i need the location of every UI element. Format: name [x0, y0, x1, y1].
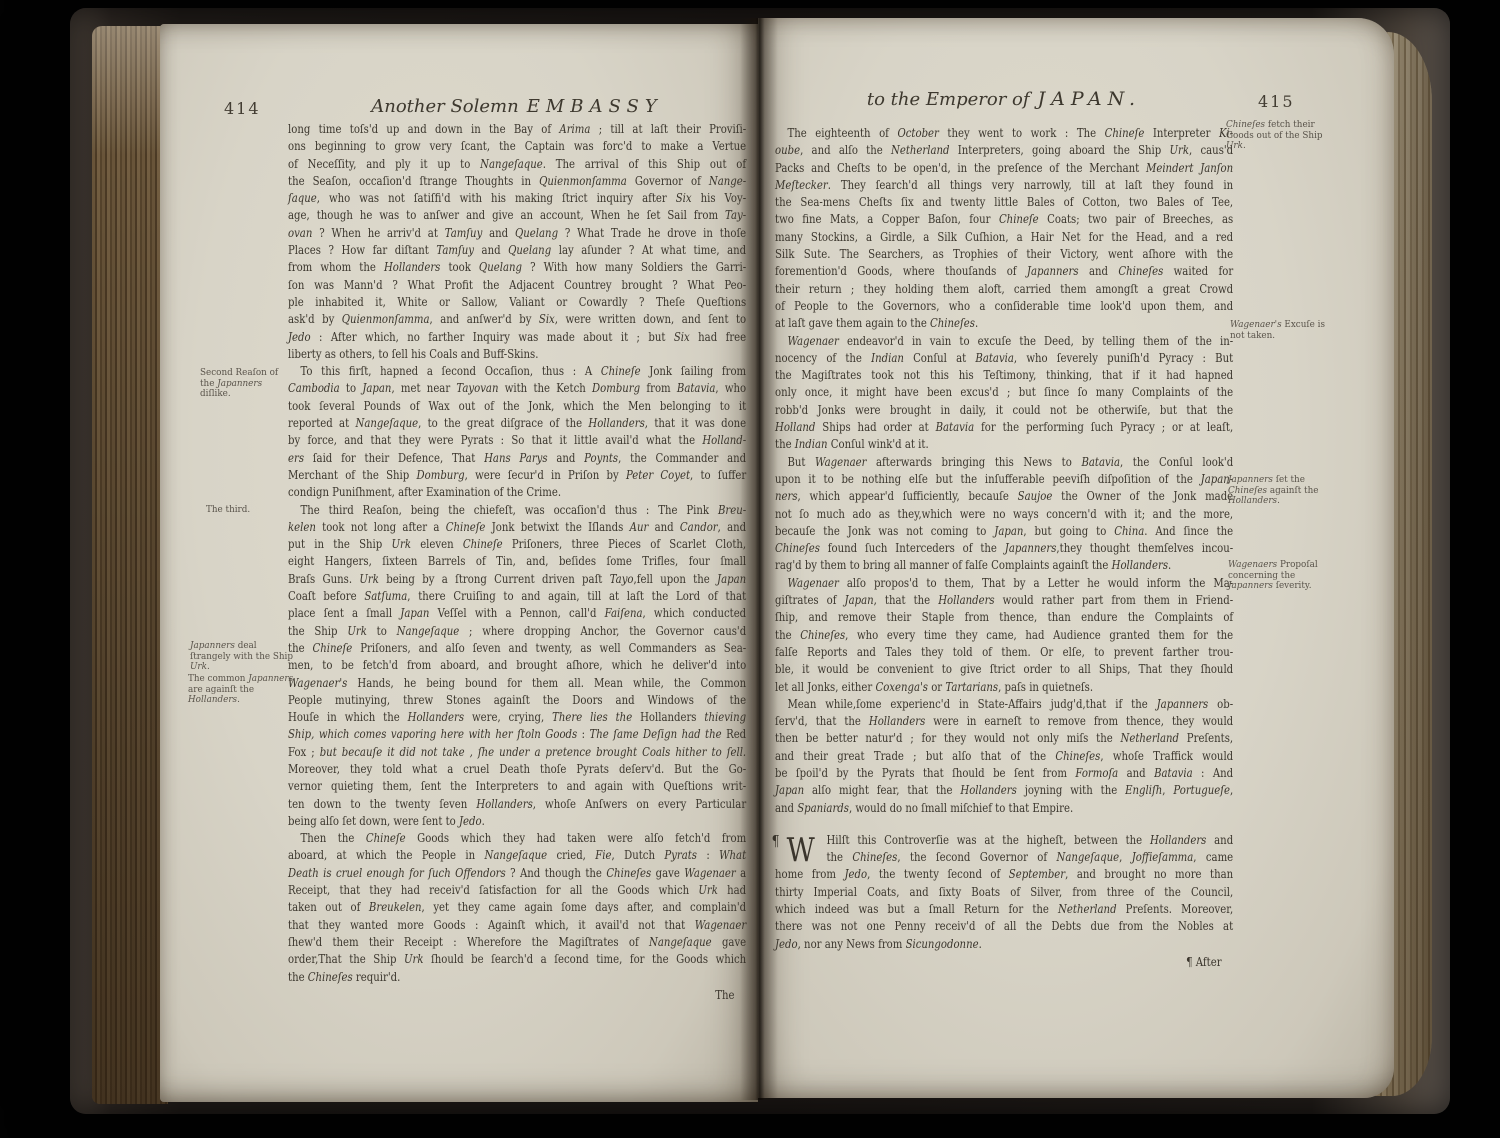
text-line: put in the Ship Urk eleven Chineſe Priſo… — [288, 536, 746, 553]
margin-note: Second Reaſon of the Japanners diſlike. — [200, 368, 292, 400]
catchword: ¶ After — [775, 954, 1233, 971]
text-line: Braſs Guns. Urk being by a ſtrong Curren… — [288, 571, 746, 588]
text-line: kelen took not long after a Chineſe Jonk… — [288, 519, 746, 536]
page-number-right: 415 — [1258, 92, 1295, 111]
page-edges-left — [92, 26, 168, 1104]
text-line: the Indian Conſul wink'd at it. — [775, 436, 1233, 453]
text-line: ple inhabited it, White or Sallow, Valia… — [288, 294, 746, 311]
text-line: Death is cruel enough for ſuch Offendors… — [288, 865, 746, 882]
text-line: Chineſes found ſuch Interceders of the J… — [775, 540, 1233, 557]
dropcap-paragraph: ¶WHilſt this Controverſie was at the hig… — [775, 832, 1233, 953]
margin-note: The third. — [206, 505, 306, 516]
text-line: People mutinying, threw Stones againſt t… — [288, 692, 746, 709]
text-line: nocency of the Indian Conſul at Batavia,… — [775, 350, 1233, 367]
text-line: let all Jonks, either Coxenga's or Tarta… — [775, 679, 1233, 696]
text-line: becauſe the Jonk was not coming to Japan… — [775, 523, 1233, 540]
text-line: Moreover, they told what a cruel Death t… — [288, 761, 746, 778]
text-line: age, though he was to anſwer and give an… — [288, 207, 746, 224]
text-line: aboard, at which the People in Nangeſaqu… — [288, 847, 746, 864]
text-line: Fox ; but becauſe it did not take , ſhe … — [288, 744, 746, 761]
text-line: ſhip, and remove their Staple from thenc… — [775, 609, 1233, 626]
text-line: of People to the Governors, who a conſid… — [775, 298, 1233, 315]
text-line: falſe Reports and Tales they told of the… — [775, 644, 1233, 661]
text-line: The eighteenth of October they went to w… — [775, 125, 1233, 142]
text-line: by force, and that they were Pyrats : So… — [288, 432, 746, 449]
margin-note: The common Japanners are againſt the Hol… — [188, 674, 296, 706]
text-line: Jedo : After which, no farther Inquiry w… — [288, 329, 746, 346]
text-line: To this firſt, hapned a ſecond Occaſion,… — [288, 363, 746, 380]
text-line: took ſeveral Pounds of Wax out of the Jo… — [288, 398, 746, 415]
gutter-shadow — [740, 18, 778, 1100]
dropcap-letter: W — [787, 833, 815, 866]
text-line: vernor quieting them, ſent the Interpret… — [288, 778, 746, 795]
text-line: the Sea-mens Cheſts ſix and twenty littl… — [775, 194, 1233, 211]
catchword: The — [288, 987, 746, 1004]
text-line: Then the Chineſe Goods which they had ta… — [288, 830, 746, 847]
text-line: ons beginning to grow very ſcant, the Ca… — [288, 138, 746, 155]
text-line: oube, and alſo the Netherland Interprete… — [775, 142, 1233, 159]
text-line: Holland Ships had order at Batavia for t… — [775, 419, 1233, 436]
running-header-left-caps: EMBASSY — [527, 96, 663, 117]
text-line: Receipt, that they had receiv'd ſatisfac… — [288, 882, 746, 899]
text-line: men, to be fetch'd from aboard, and brou… — [288, 657, 746, 674]
page-number-left: 414 — [224, 99, 261, 118]
text-line: two fine Mats, a Copper Baſon, four Chin… — [775, 211, 1233, 228]
text-line: Japan alſo might fear, that the Hollande… — [775, 782, 1233, 799]
text-line: ble, it would be convenient to give ſtri… — [775, 661, 1233, 678]
margin-note: Chineſes fetch their Goods out of the Sh… — [1226, 120, 1326, 152]
text-line: ſhew'd them their Receipt : Wherefore th… — [288, 934, 746, 951]
margin-note: Japanners deal ſtrangely with the Ship U… — [190, 641, 294, 673]
text-line: Packs and Cheſts to be open'd, in the pr… — [775, 160, 1233, 177]
text-line: order,That the Ship Urk ſhould be ſearch… — [288, 951, 746, 968]
margin-note: Wagenaer's Excuſe is not taken. — [1230, 320, 1330, 341]
text-line: ners, which appear'd ſufficiently, becau… — [775, 488, 1233, 505]
text-line: which indeed was but a ſmall Return for … — [775, 901, 1233, 918]
text-line: being alſo ſet down, were ſent to Jedo. — [288, 813, 746, 830]
text-line: the Seaſon, occaſion'd ſtrange Thoughts … — [288, 173, 746, 190]
body-text-right: The eighteenth of October they went to w… — [775, 125, 1233, 971]
text-line: at laſt gave them again to the Chineſes. — [775, 315, 1233, 332]
text-line: Meſtecker. They ſearch'd all things very… — [775, 177, 1233, 194]
text-line: ovan ? When he arriv'd at Tamſuy and Que… — [288, 225, 746, 242]
text-line: place ſent a ſmall Japan Veſſel with a P… — [288, 605, 746, 622]
text-line: there was not one Penny receiv'd of all … — [775, 918, 1233, 935]
text-line: ſon was Mann'd ? What Profit the Adjacen… — [288, 277, 746, 294]
text-line: from whom the Hollanders took Quelang ? … — [288, 259, 746, 276]
text-line: that they wanted more Goods : Againſt wh… — [288, 917, 746, 934]
text-line: Cambodia to Japan, met near Tayovan with… — [288, 380, 746, 397]
text-line: the Chineſes, who every time they came, … — [775, 627, 1233, 644]
text-line: then be better natur'd ; for they would … — [775, 730, 1233, 747]
text-line: their return ; they holding them aloft, … — [775, 281, 1233, 298]
text-line: ten down to the twenty ſeven Hollanders,… — [288, 796, 746, 813]
text-line: Ship, which comes vaporing here with her… — [288, 726, 746, 743]
text-line: the Magiſtrates took not this his Teſtim… — [775, 367, 1233, 384]
text-line: Silk Sute. The Searchers, as Trophies of… — [775, 246, 1233, 263]
text-line: and Spaniards, would do no ſmall miſchie… — [775, 800, 1233, 817]
text-line: Jedo, nor any News from Sicungodonne. — [775, 936, 1233, 953]
text-line: not ſo much ado as they,which were no wa… — [775, 506, 1233, 523]
margin-note: Wagenaers Propoſal concerning the Japann… — [1228, 560, 1328, 592]
text-line: Wagenaer alſo propos'd to them, That by … — [775, 575, 1233, 592]
text-line: Coaſt before Satſuma, there Cruiſing to … — [288, 588, 746, 605]
text-line: the Chineſes, the ſecond Governor of Nan… — [775, 849, 1233, 866]
text-line: robb'd Jonks were brought in daily, it c… — [775, 402, 1233, 419]
text-line: ask'd by Quienmonſamma, and anſwer'd by … — [288, 311, 746, 328]
margin-note: Japanners ſet the Chineſes againſt the H… — [1228, 475, 1328, 507]
body-text-left: long time toſs'd up and down in the Bay … — [288, 121, 746, 1004]
text-line: many Stockins, a Girdle, a Silk Cuſhion,… — [775, 229, 1233, 246]
text-line: be ſpoil'd by the Pyrats that ſhould be … — [775, 765, 1233, 782]
text-line: reported at Nangeſaque, to the great diſ… — [288, 415, 746, 432]
text-line: and their great Trade ; but alſo that of… — [775, 748, 1233, 765]
text-line: liberty as others, to ſell his Coals and… — [288, 346, 746, 363]
text-line: ſerv'd, that the Hollanders were in earn… — [775, 713, 1233, 730]
text-line: Houſe in which the Hollanders were, cryi… — [288, 709, 746, 726]
text-line: Hilſt this Controverſie was at the highe… — [775, 832, 1233, 849]
text-line: ers ſaid for their Defence, That Hans Pa… — [288, 450, 746, 467]
text-line: long time toſs'd up and down in the Bay … — [288, 121, 746, 138]
left-page: 414 Another SolemnEMBASSY long time toſs… — [160, 24, 758, 1102]
text-line: the Ship Urk to Nangeſaque ; where dropp… — [288, 623, 746, 640]
text-line: the Chineſe Priſoners, and alſo ſeven an… — [288, 640, 746, 657]
text-line: Merchant of the Ship Domburg, were ſecur… — [288, 467, 746, 484]
book-photograph: 414 Another SolemnEMBASSY long time toſs… — [0, 0, 1500, 1138]
text-line: eight Hangers, ſixteen Barrels of Tin, a… — [288, 553, 746, 570]
text-line: ſaque, who was not ſatiſfi'd with his ma… — [288, 190, 746, 207]
text-line: taken out of Breukelen, yet they came ag… — [288, 899, 746, 916]
text-line: rag'd by them to bring all manner of fal… — [775, 557, 1233, 574]
running-header-left: Another SolemnEMBASSY — [288, 96, 746, 117]
text-line: condign Puniſhment, after Examination of… — [288, 484, 746, 501]
text-line: of Neceſſity, and ply it up to Nangeſaqu… — [288, 156, 746, 173]
running-header-right-italic: to the Emperor of — [867, 89, 1030, 110]
running-header-right-caps: JAPAN. — [1038, 88, 1142, 110]
text-line: the Chineſes requir'd. — [288, 969, 746, 986]
text-line: only once, it might have been excus'd ; … — [775, 384, 1233, 401]
text-line: thirty Imperial Coats, and ſixty Boats o… — [775, 884, 1233, 901]
text-line: upon it to be nothing elſe but the inſuf… — [775, 471, 1233, 488]
text-line: Wagenaer's Hands, he being bound for the… — [288, 675, 746, 692]
text-line: Places ? How far diſtant Tamſuy and Quel… — [288, 242, 746, 259]
running-header-right: to the Emperor ofJAPAN. — [775, 88, 1233, 110]
text-line: Wagenaer endeavor'd in vain to excuſe th… — [775, 333, 1233, 350]
right-page: 415 to the Emperor ofJAPAN. The eighteen… — [758, 18, 1394, 1098]
running-header-left-italic: Another Solemn — [371, 96, 518, 117]
text-line: But Wagenaer afterwards bringing this Ne… — [775, 454, 1233, 471]
text-line: foremention'd Goods, where thouſands of … — [775, 263, 1233, 280]
text-line: Mean while,ſome experienc'd in State-Aff… — [775, 696, 1233, 713]
text-line: giſtrates of Japan, that the Hollanders … — [775, 592, 1233, 609]
text-line: home from Jedo, the twenty ſecond of Sep… — [775, 866, 1233, 883]
text-line: The third Reaſon, being the chiefeſt, wa… — [288, 502, 746, 519]
